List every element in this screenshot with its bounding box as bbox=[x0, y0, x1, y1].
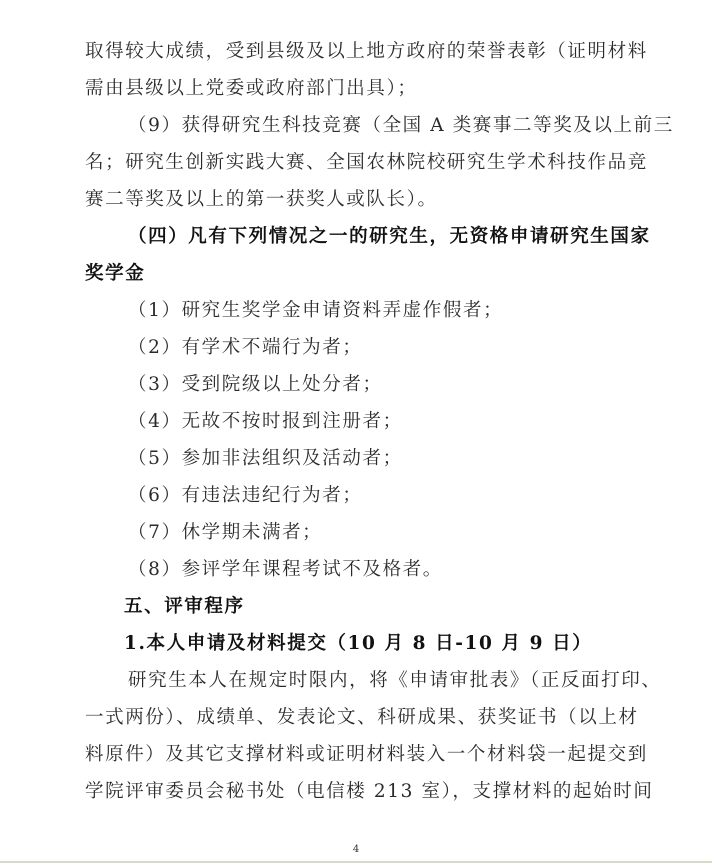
list-item-9: （9）获得研究生科技竞赛（全国 A 类赛事二等奖及以上前三 bbox=[128, 115, 688, 137]
list-item-2: （2）有学术不端行为者； bbox=[128, 337, 688, 359]
section-heading-4: （四）凡有下列情况之一的研究生，无资格申请研究生国家 bbox=[128, 226, 688, 248]
page-number: 4 bbox=[0, 844, 712, 855]
section-heading-5: 五、评审程序 bbox=[124, 596, 684, 618]
paragraph-line: 研究生本人在规定时限内，将《申请审批表》（正反面打印、 bbox=[128, 670, 688, 692]
paragraph-line: 料原件）及其它支撑材料或证明材料装入一个材料袋一起提交到 bbox=[85, 744, 645, 766]
list-item-4: （4）无故不按时报到注册者； bbox=[128, 411, 688, 433]
paragraph-line: 名；研究生创新实践大赛、全国农林院校研究生学术科技作品竞 bbox=[85, 152, 645, 174]
list-item-6: （6）有违法违纪行为者； bbox=[128, 485, 688, 507]
paragraph-line: 取得较大成绩，受到县级及以上地方政府的荣誉表彰（证明材料 bbox=[85, 41, 645, 63]
section-heading-4-cont: 奖学金 bbox=[85, 263, 645, 285]
list-item-3: （3）受到院级以上处分者； bbox=[128, 374, 688, 396]
paragraph-line: 需由县级以上党委或政府部门出具）； bbox=[85, 78, 645, 100]
list-item-1: （1）研究生奖学金申请资料弄虚作假者； bbox=[128, 300, 688, 322]
paragraph-line: 赛二等奖及以上的第一获奖人或队长）。 bbox=[85, 189, 645, 211]
list-item-8: （8）参评学年课程考试不及格者。 bbox=[128, 559, 688, 581]
list-item-5: （5）参加非法组织及活动者； bbox=[128, 448, 688, 470]
subsection-heading-1: 1.本人申请及材料提交（10 月 8 日-10 月 9 日） bbox=[124, 633, 684, 655]
document-page: 取得较大成绩，受到县级及以上地方政府的荣誉表彰（证明材料 需由县级以上党委或政府… bbox=[0, 0, 712, 861]
paragraph-line: 学院评审委员会秘书处（电信楼 213 室），支撑材料的起始时间 bbox=[85, 781, 645, 803]
paragraph-line: 一式两份）、成绩单、发表论文、科研成果、获奖证书（以上材 bbox=[85, 707, 645, 729]
list-item-7: （7）休学期未满者； bbox=[128, 522, 688, 544]
